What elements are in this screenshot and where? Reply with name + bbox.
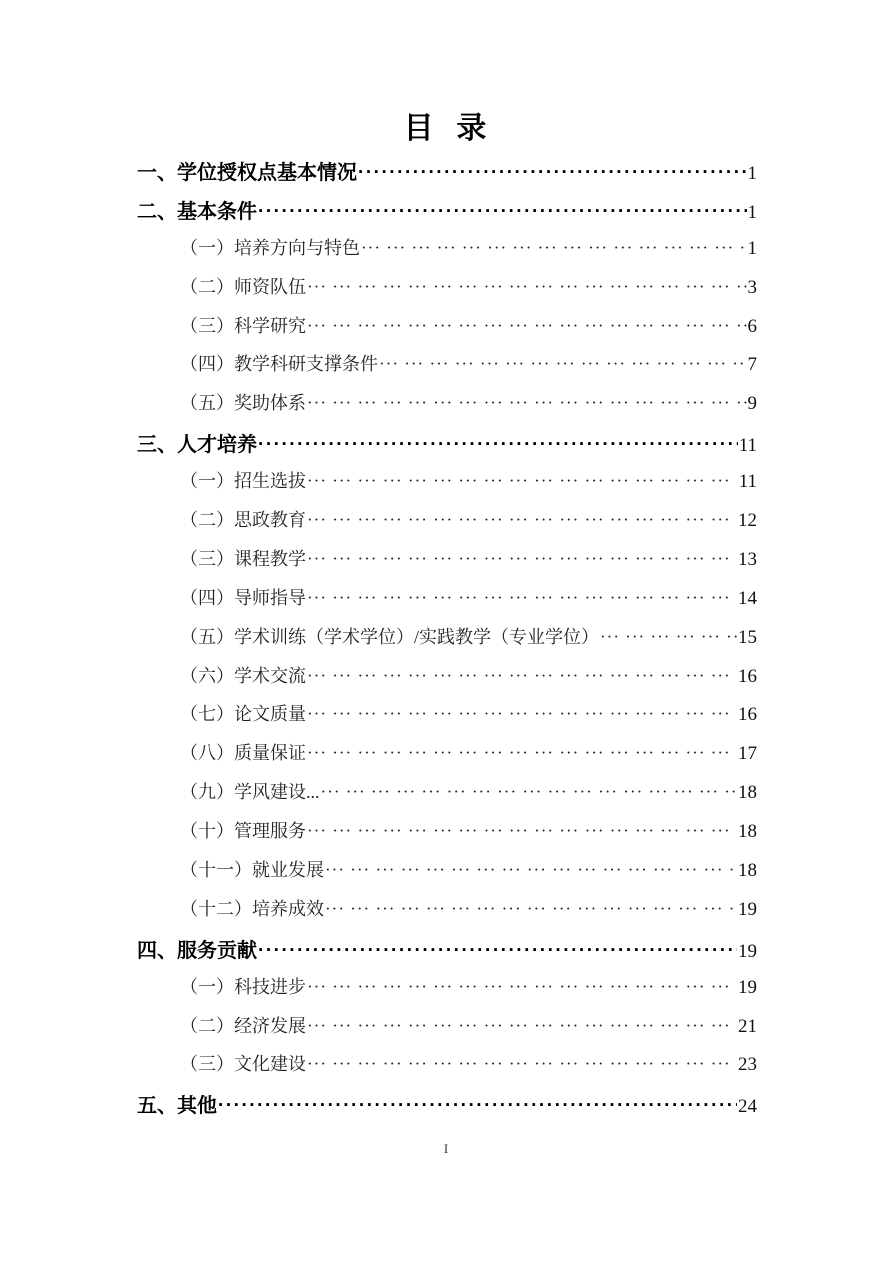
- toc-entry-page: 11: [739, 471, 757, 493]
- toc-entry-page: 18: [738, 782, 757, 804]
- toc-entry[interactable]: （七）论文质量 16: [137, 700, 757, 739]
- dot-leader: [307, 588, 737, 608]
- toc-entry-label: 一、学位授权点基本情况: [137, 156, 357, 185]
- toc-entry[interactable]: （一）培养方向与特色 1: [137, 234, 757, 273]
- dot-leader: [218, 1095, 737, 1117]
- dot-leader: [358, 162, 747, 184]
- toc-entry[interactable]: （二）思政教育 12: [137, 506, 757, 545]
- dot-leader: [307, 316, 747, 336]
- dot-leader: [307, 977, 737, 997]
- toc-entry-label: （一）科技进步: [180, 973, 306, 999]
- toc-entry-page: 14: [738, 588, 757, 610]
- toc-entry[interactable]: （四）教学科研支撑条件 7: [137, 350, 757, 389]
- toc-entry[interactable]: （三）科学研究 6: [137, 312, 757, 351]
- toc-entry-page: 1: [748, 202, 758, 224]
- toc-entry[interactable]: （五）奖助体系 9: [137, 389, 757, 428]
- toc-entry-page: 15: [738, 627, 757, 649]
- toc-entry-page: 12: [738, 510, 757, 532]
- toc-entry-page: 21: [738, 1016, 757, 1038]
- page-title: 目 录: [0, 103, 892, 147]
- dot-leader: [258, 434, 738, 456]
- toc-entry-page: 19: [738, 899, 757, 921]
- toc-entry-page: 1: [748, 163, 758, 185]
- dot-leader: [258, 940, 737, 962]
- toc-entry-page: 16: [738, 704, 757, 726]
- toc-entry-page: 1: [748, 238, 758, 260]
- dot-leader: [379, 354, 747, 374]
- toc-entry-page: 18: [738, 821, 757, 843]
- toc-entry-label: （三）科学研究: [180, 312, 306, 338]
- toc-entry-label: （一）培养方向与特色: [180, 234, 360, 260]
- toc-entry[interactable]: 一、学位授权点基本情况 1: [137, 156, 757, 195]
- toc-entry[interactable]: 二、基本条件 1: [137, 195, 757, 234]
- toc-entry-label: （六）学术交流: [180, 662, 306, 688]
- toc-entry-page: 23: [738, 1054, 757, 1076]
- toc-entry-page: 18: [738, 860, 757, 882]
- toc-entry-label: （八）质量保证: [180, 739, 306, 765]
- table-of-contents: 一、学位授权点基本情况 1 二、基本条件 1 （一）培养方向与特色 1 （二）师…: [137, 156, 757, 1128]
- toc-entry[interactable]: （四）导师指导 14: [137, 584, 757, 623]
- dot-leader: [307, 549, 737, 569]
- dot-leader: [307, 821, 737, 841]
- toc-entry[interactable]: （二）经济发展 21: [137, 1012, 757, 1051]
- dot-leader: [307, 510, 737, 530]
- dot-leader: [307, 704, 737, 724]
- toc-entry[interactable]: （二）师资队伍 3: [137, 273, 757, 312]
- toc-entry[interactable]: （一）科技进步 19: [137, 973, 757, 1012]
- dot-leader: [321, 782, 738, 802]
- toc-entry-page: 17: [738, 743, 757, 765]
- toc-entry[interactable]: 四、服务贡献 19: [137, 934, 757, 973]
- dot-leader: [600, 627, 737, 647]
- dot-leader: [307, 1016, 737, 1036]
- toc-entry-label: （十一）就业发展: [180, 856, 324, 882]
- dot-leader: [307, 666, 737, 686]
- toc-entry-page: 19: [738, 977, 757, 999]
- toc-entry[interactable]: （五）学术训练（学术学位）/实践教学（专业学位） 15: [137, 623, 757, 662]
- toc-entry-page: 7: [748, 354, 758, 376]
- toc-entry-label: （二）经济发展: [180, 1012, 306, 1038]
- toc-entry[interactable]: 三、人才培养 11: [137, 428, 757, 467]
- toc-entry-page: 16: [738, 666, 757, 688]
- toc-entry[interactable]: （六）学术交流 16: [137, 662, 757, 701]
- toc-entry[interactable]: （十二）培养成效 19: [137, 895, 757, 934]
- dot-leader: [307, 393, 747, 413]
- toc-entry[interactable]: （三）课程教学 13: [137, 545, 757, 584]
- toc-entry-label: （二）师资队伍: [180, 273, 306, 299]
- toc-entry-page: 9: [748, 393, 758, 415]
- toc-entry-page: 3: [748, 277, 758, 299]
- document-page: 目 录 一、学位授权点基本情况 1 二、基本条件 1 （一）培养方向与特色 1 …: [0, 0, 892, 1261]
- toc-entry-label: （二）思政教育: [180, 506, 306, 532]
- toc-entry[interactable]: （三）文化建设 23: [137, 1050, 757, 1089]
- toc-entry-label: （九）学风建设...: [180, 778, 320, 804]
- dot-leader: [258, 201, 747, 223]
- toc-entry-label: （五）奖助体系: [180, 389, 306, 415]
- toc-entry[interactable]: （八）质量保证 17: [137, 739, 757, 778]
- toc-entry-label: （五）学术训练（学术学位）/实践教学（专业学位）: [180, 623, 599, 649]
- toc-entry[interactable]: （九）学风建设... 18: [137, 778, 757, 817]
- toc-entry-label: 三、人才培养: [137, 428, 257, 457]
- toc-entry-label: （七）论文质量: [180, 700, 306, 726]
- toc-entry-label: （十）管理服务: [180, 817, 306, 843]
- toc-entry-label: 二、基本条件: [137, 195, 257, 224]
- page-footer-number: I: [0, 1141, 892, 1157]
- toc-entry[interactable]: （一）招生选拔 11: [137, 467, 757, 506]
- toc-entry-page: 24: [738, 1096, 757, 1118]
- toc-entry-label: （三）课程教学: [180, 545, 306, 571]
- toc-entry-label: 四、服务贡献: [137, 934, 257, 963]
- toc-entry-page: 11: [739, 435, 757, 457]
- dot-leader: [361, 238, 747, 258]
- toc-entry-label: （十二）培养成效: [180, 895, 324, 921]
- dot-leader: [325, 860, 737, 880]
- toc-entry-page: 19: [738, 941, 757, 963]
- dot-leader: [307, 471, 738, 491]
- toc-entry-label: （一）招生选拔: [180, 467, 306, 493]
- toc-entry[interactable]: （十一）就业发展 18: [137, 856, 757, 895]
- toc-entry[interactable]: 五、其他 24: [137, 1089, 757, 1128]
- dot-leader: [307, 277, 747, 297]
- toc-entry-label: 五、其他: [137, 1089, 217, 1118]
- toc-entry-page: 13: [738, 549, 757, 571]
- toc-entry-label: （四）导师指导: [180, 584, 306, 610]
- toc-entry[interactable]: （十）管理服务 18: [137, 817, 757, 856]
- dot-leader: [307, 1054, 737, 1074]
- toc-entry-label: （三）文化建设: [180, 1050, 306, 1076]
- dot-leader: [307, 743, 737, 763]
- dot-leader: [325, 899, 737, 919]
- toc-entry-page: 6: [748, 316, 758, 338]
- toc-entry-label: （四）教学科研支撑条件: [180, 350, 378, 376]
